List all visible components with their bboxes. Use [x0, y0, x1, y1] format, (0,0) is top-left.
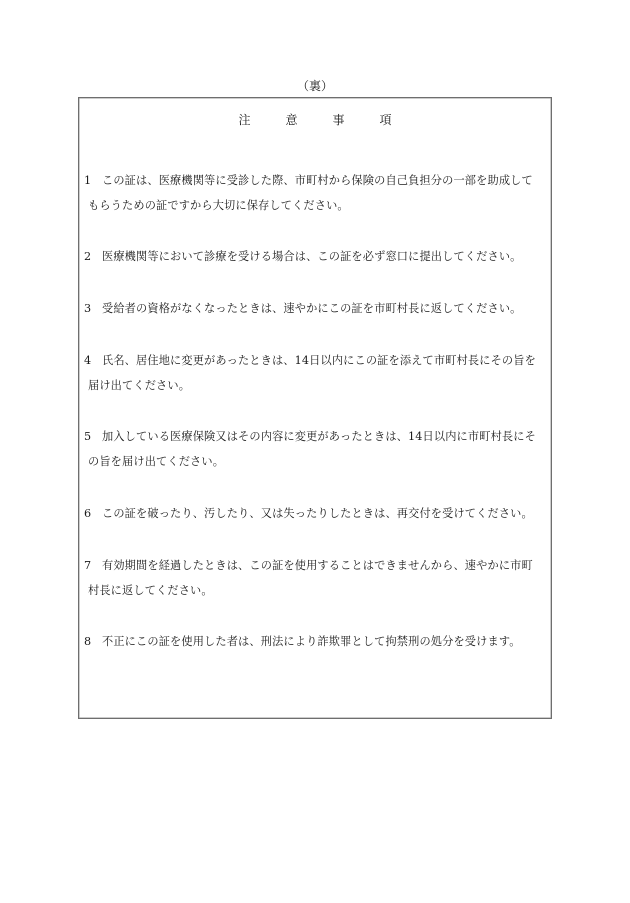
item-number: 8 [84, 629, 102, 654]
notice-item-3: 3受給者の資格がなくなったときは、速やかにこの証を市町村長に返してください。 [84, 296, 546, 321]
item-text: 有効期間を経過したときは、この証を使用することはできませんから、速やかに市町 [102, 559, 533, 572]
notice-title: 注 意 事 項 [79, 112, 551, 128]
notice-item-8: 8不正にこの証を使用した者は、刑法により詐欺罪として拘禁刑の処分を受けます。 [84, 629, 546, 654]
item-number: 6 [84, 501, 102, 526]
item-line: 2医療機関等において診療を受ける場合は、この証を必ず窓口に提出してください。 [84, 244, 546, 269]
item-continuation: の旨を届け出てください。 [84, 449, 546, 474]
item-text: この証を破ったり、汚したり、又は失ったりしたときは、再交付を受けてください。 [102, 507, 533, 520]
page-side-label: （裏） [0, 79, 630, 93]
item-line: 1この証は、医療機関等に受診した際、市町村から保険の自己負担分の一部を助成して [84, 168, 546, 193]
notice-item-7: 7有効期間を経過したときは、この証を使用することはできませんから、速やかに市町 … [84, 553, 546, 603]
item-number: 2 [84, 244, 102, 269]
item-number: 4 [84, 348, 102, 373]
item-line: 6この証を破ったり、汚したり、又は失ったりしたときは、再交付を受けてください。 [84, 501, 546, 526]
notice-item-6: 6この証を破ったり、汚したり、又は失ったりしたときは、再交付を受けてください。 [84, 501, 546, 526]
item-number: 7 [84, 553, 102, 578]
item-line: 8不正にこの証を使用した者は、刑法により詐欺罪として拘禁刑の処分を受けます。 [84, 629, 546, 654]
item-continuation: もらうための証ですから大切に保存してください。 [84, 193, 546, 218]
item-number: 3 [84, 296, 102, 321]
notice-item-5: 5加入している医療保険又はその内容に変更があったときは、14日以内に市町村長にそ… [84, 424, 546, 474]
title-char: 注 [239, 112, 251, 128]
item-line: 7有効期間を経過したときは、この証を使用することはできませんから、速やかに市町 [84, 553, 546, 578]
title-char: 事 [333, 112, 345, 128]
item-line: 4氏名、居住地に変更があったときは、14日以内にこの証を添えて市町村長にその旨を [84, 348, 546, 373]
notice-item-2: 2医療機関等において診療を受ける場合は、この証を必ず窓口に提出してください。 [84, 244, 546, 269]
notice-box: 注 意 事 項 1この証は、医療機関等に受診した際、市町村から保険の自己負担分の… [78, 97, 552, 719]
item-text: 氏名、居住地に変更があったときは、14日以内にこの証を添えて市町村長にその旨を [102, 354, 536, 367]
item-text: 不正にこの証を使用した者は、刑法により詐欺罪として拘禁刑の処分を受けます。 [102, 635, 521, 648]
item-text: 医療機関等において診療を受ける場合は、この証を必ず窓口に提出してください。 [102, 250, 522, 263]
item-line: 3受給者の資格がなくなったときは、速やかにこの証を市町村長に返してください。 [84, 296, 546, 321]
notice-item-1: 1この証は、医療機関等に受診した際、市町村から保険の自己負担分の一部を助成して … [84, 168, 546, 218]
item-text: 加入している医療保険又はその内容に変更があったときは、14日以内に市町村長にそ [102, 430, 536, 443]
title-char: 項 [380, 112, 392, 128]
notice-item-4: 4氏名、居住地に変更があったときは、14日以内にこの証を添えて市町村長にその旨を… [84, 348, 546, 398]
item-text: 受給者の資格がなくなったときは、速やかにこの証を市町村長に返してください。 [102, 302, 522, 315]
item-continuation: 届け出てください。 [84, 373, 546, 398]
item-number: 1 [84, 168, 102, 193]
item-continuation: 村長に返してください。 [84, 578, 546, 603]
item-text: この証は、医療機関等に受診した際、市町村から保険の自己負担分の一部を助成して [102, 174, 533, 187]
item-number: 5 [84, 424, 102, 449]
title-char: 意 [286, 112, 298, 128]
item-line: 5加入している医療保険又はその内容に変更があったときは、14日以内に市町村長にそ [84, 424, 546, 449]
